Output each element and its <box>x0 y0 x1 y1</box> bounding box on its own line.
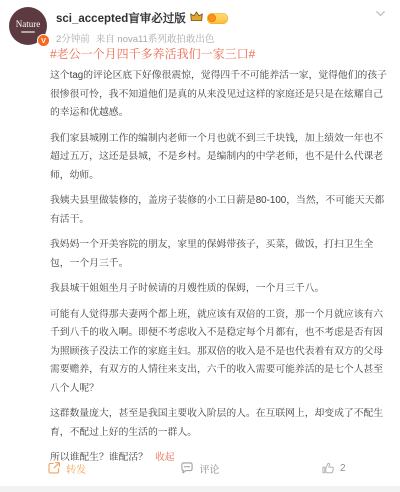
post-paragraph: 我县城干姐姐坐月子时候请的月嫂性质的保姆，一个月三千八。 <box>50 280 390 299</box>
post-content: #老公一个月四千多养活我们一家三口# 这个tag的评论区底下好像很震惊，觉得四千… <box>0 46 400 468</box>
avatar[interactable]: Nature V <box>9 7 47 45</box>
section-divider <box>0 486 400 492</box>
name-row: sci_accepted盲审必过版 <box>56 9 228 27</box>
vip-level-badge <box>207 13 228 24</box>
comment-button[interactable]: 评论 <box>133 455 266 481</box>
post-paragraph: 这个tag的评论区底下好像很震惊，觉得四千不可能养活一家，觉得他们的孩子很惨很可… <box>50 67 390 123</box>
verified-v-badge: V <box>37 34 50 47</box>
vip-level-dot <box>208 14 216 22</box>
post-paragraph: 我们家县城刚工作的编制内老师一个月也就不到三千块钱，加上绩效一年也不超过五万，这… <box>50 130 390 186</box>
repost-label: 转发 <box>66 461 86 476</box>
post-paragraph: 可能有人觉得那夫妻两个都上班，就应该有双倍的工资，那一个月就应该有六千到八千的收… <box>50 306 390 399</box>
post-source[interactable]: 来自 nova11系列敢拍敢出色 <box>96 31 215 45</box>
chevron-down-icon[interactable] <box>374 7 387 25</box>
post-paragraph: 我姨夫县里做装修的，盖房子装修的小工日薪是80-100，当然，不可能天天都有活干… <box>50 192 390 229</box>
thumbs-up-icon <box>321 461 335 475</box>
avatar-text: Nature <box>16 19 41 29</box>
vip-crown-icon <box>190 9 203 27</box>
avatar-subtext-decoration <box>21 31 35 33</box>
post-paragraph: 我妈妈一个开美容院的朋友，家里的保姆带孩子，买菜，做饭，打扫卫生全包，一个月三千… <box>50 236 390 273</box>
comment-icon <box>180 461 194 475</box>
username[interactable]: sci_accepted盲审必过版 <box>56 10 186 26</box>
hashtag-link[interactable]: #老公一个月四千多养活我们一家三口# <box>50 46 390 62</box>
weibo-post-card: Nature V sci_accepted盲审必过版 2分钟前 来自 nova1… <box>0 0 400 492</box>
post-time: 2分钟前 <box>56 31 90 45</box>
like-button[interactable]: 2 <box>267 455 400 481</box>
action-bar: 转发 评论 2 <box>0 455 400 481</box>
repost-icon <box>47 461 61 475</box>
repost-button[interactable]: 转发 <box>0 455 133 481</box>
post-body: 这个tag的评论区底下好像很震惊，觉得四千不可能养活一家，觉得他们的孩子很惨很可… <box>50 67 390 442</box>
header-main: sci_accepted盲审必过版 2分钟前 来自 nova11系列敢拍敢出色 <box>56 7 228 45</box>
like-count: 2 <box>340 463 346 474</box>
post-paragraph: 这群数量庞大，甚至是我国主要收入阶层的人。在互联网上，却变成了不配生育，不配过上… <box>50 405 390 442</box>
post-header: Nature V sci_accepted盲审必过版 2分钟前 来自 nova1… <box>0 0 400 45</box>
meta-row: 2分钟前 来自 nova11系列敢拍敢出色 <box>56 31 228 45</box>
comment-label: 评论 <box>199 461 219 476</box>
